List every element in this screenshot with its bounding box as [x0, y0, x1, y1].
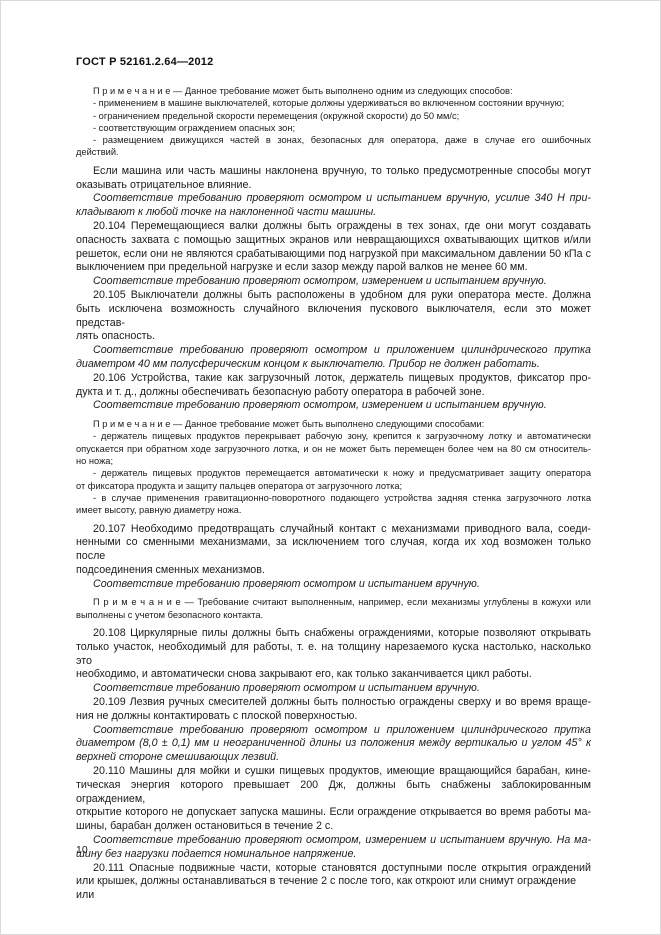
- text-line: 20.111 Опасные подвижные части, которые …: [76, 862, 591, 876]
- text-line: ненными со сменными механизмами, за искл…: [76, 536, 591, 564]
- note-intro: П р и м е ч а н и е — Данное требование …: [76, 418, 591, 430]
- clause-20-111: 20.111 Опасные подвижные части, которые …: [76, 862, 591, 903]
- text-line: 20.106 Устройства, такие как загрузочный…: [76, 372, 591, 386]
- text-line: подсоединения сменных механизмов.: [76, 564, 591, 578]
- document-body: П р и м е ч а н и е — Данное требование …: [76, 85, 591, 903]
- text-line: только участок, необходимый для работы, …: [76, 641, 591, 669]
- text-line: - размещением движущихся частей в зонах,…: [76, 134, 591, 146]
- text-line: - в случае применения гравитационно-пово…: [76, 492, 591, 504]
- text-line: 20.107 Необходимо предотвращать случайны…: [76, 523, 591, 537]
- text-line: - держатель пищевых продуктов перекрывае…: [76, 430, 591, 442]
- text-line: тическая энергия которого превышает 200 …: [76, 779, 591, 807]
- compliance-paragraph: Соответствие требованию проверяют осмотр…: [76, 399, 591, 413]
- clause-20-109: 20.109 Лезвия ручных смесителей должны б…: [76, 696, 591, 724]
- text-line: Соответствие требованию проверяют осмотр…: [76, 834, 591, 848]
- text-line: - применением в машине выключателей, кот…: [76, 97, 591, 109]
- clause-20-108: 20.108 Циркулярные пилы должны быть снаб…: [76, 627, 591, 682]
- text-line: дукта и т. д., должны обеспечивать безоп…: [76, 386, 591, 400]
- text-line: Соответствие требованию проверяют осмотр…: [76, 275, 591, 289]
- text-line: - ограничением предельной скорости перем…: [76, 110, 591, 122]
- text-line: диаметром 40 мм полусферическим концом к…: [76, 358, 591, 372]
- text-line: - держатель пищевых продуктов перемещает…: [76, 467, 591, 479]
- text-line: П р и м е ч а н и е — Данное требование …: [76, 418, 591, 430]
- text-line: Соответствие требованию проверяют осмотр…: [76, 724, 591, 738]
- text-line: Если машина или часть машины наклонена в…: [76, 165, 591, 179]
- document-standard-header: ГОСТ Р 52161.2.64—2012: [76, 56, 213, 68]
- text-line: быть исключена возможность случайного вк…: [76, 303, 591, 331]
- text-line: опускается при обратном ходе загрузочног…: [76, 443, 591, 455]
- document-page: ГОСТ Р 52161.2.64—2012 П р и м е ч а н и…: [0, 0, 661, 935]
- text-line: 20.104 Перемещающиеся валки должны быть …: [76, 220, 591, 234]
- text-line: 20.108 Циркулярные пилы должны быть снаб…: [76, 627, 591, 641]
- text-line: верхней стороне смешивающих лезвий.: [76, 751, 591, 765]
- text-line: Соответствие требованию проверяют осмотр…: [76, 344, 591, 358]
- text-line: выключением при предельной нагрузке и ес…: [76, 261, 591, 275]
- note-bullet: - соответствующим ограждением опасных зо…: [76, 122, 591, 134]
- clause-20-110: 20.110 Машины для мойки и сушки пищевых …: [76, 765, 591, 834]
- compliance-paragraph: Соответствие требованию проверяют осмотр…: [76, 578, 591, 592]
- text-line: лять опасность.: [76, 330, 591, 344]
- text-line: или крышек, должны останавливаться в теч…: [76, 875, 591, 903]
- text-line: Соответствие требованию проверяют осмотр…: [76, 399, 591, 413]
- text-line: оказывать отрицательное влияние.: [76, 179, 591, 193]
- compliance-paragraph: Соответствие требованию проверяют осмотр…: [76, 682, 591, 696]
- text-line: шины, барабан должен остановиться в тече…: [76, 820, 591, 834]
- clause-20-104: 20.104 Перемещающиеся валки должны быть …: [76, 220, 591, 275]
- text-line: открытие которого не допускает запуска м…: [76, 806, 591, 820]
- page-number: 10: [76, 844, 88, 856]
- note-bullet: - размещением движущихся частей в зонах,…: [76, 134, 591, 159]
- paragraph: Если машина или часть машины наклонена в…: [76, 165, 591, 193]
- clause-20-105: 20.105 Выключатели должны быть расположе…: [76, 289, 591, 344]
- text-line: Соответствие требованию проверяют осмотр…: [76, 192, 591, 206]
- note-bullet: - в случае применения гравитационно-пово…: [76, 492, 591, 517]
- text-line: от фиксатора продукта и защиту пальцев о…: [76, 480, 591, 492]
- text-line: кладывают к любой точке на наклоненной ч…: [76, 206, 591, 220]
- note-bullet: - применением в машине выключателей, кот…: [76, 97, 591, 109]
- note-bullet: - ограничением предельной скорости перем…: [76, 110, 591, 122]
- text-line: Соответствие требованию проверяют осмотр…: [76, 578, 591, 592]
- text-line: имеет высоту, равную диаметру ножа.: [76, 504, 591, 516]
- text-line: 20.105 Выключатели должны быть расположе…: [76, 289, 591, 303]
- compliance-paragraph: Соответствие требованию проверяют осмотр…: [76, 275, 591, 289]
- text-line: действий.: [76, 146, 591, 158]
- note-bullet: - держатель пищевых продуктов перемещает…: [76, 467, 591, 492]
- text-line: ния не должны контактировать с плоской п…: [76, 710, 591, 724]
- note: П р и м е ч а н и е — Требование считают…: [76, 596, 591, 621]
- text-line: диаметром (8,0 ± 0,1) мм и неограниченно…: [76, 737, 591, 751]
- text-line: Соответствие требованию проверяют осмотр…: [76, 682, 591, 696]
- clause-20-107: 20.107 Необходимо предотвращать случайны…: [76, 523, 591, 578]
- note-bullet: - держатель пищевых продуктов перекрывае…: [76, 430, 591, 467]
- compliance-paragraph: Соответствие требованию проверяют осмотр…: [76, 724, 591, 765]
- clause-20-106: 20.106 Устройства, такие как загрузочный…: [76, 372, 591, 400]
- text-line: 20.110 Машины для мойки и сушки пищевых …: [76, 765, 591, 779]
- note-intro: П р и м е ч а н и е — Данное требование …: [76, 85, 591, 97]
- text-line: П р и м е ч а н и е — Требование считают…: [76, 596, 591, 608]
- text-line: но ножа;: [76, 455, 591, 467]
- compliance-paragraph: Соответствие требованию проверяют осмотр…: [76, 834, 591, 862]
- text-line: необходимо, и автоматически снова закрыв…: [76, 668, 591, 682]
- text-line: 20.109 Лезвия ручных смесителей должны б…: [76, 696, 591, 710]
- text-line: П р и м е ч а н и е — Данное требование …: [76, 85, 591, 97]
- text-line: выполнены с учетом безопасного контакта.: [76, 609, 591, 621]
- compliance-paragraph: Соответствие требованию проверяют осмотр…: [76, 192, 591, 220]
- text-line: - соответствующим ограждением опасных зо…: [76, 122, 591, 134]
- text-line: шину без нагрузки подается номинальное н…: [76, 848, 591, 862]
- text-line: опасность захвата с помощью защитных экр…: [76, 234, 591, 248]
- compliance-paragraph: Соответствие требованию проверяют осмотр…: [76, 344, 591, 372]
- text-line: решеток, если они не являются срабатываю…: [76, 248, 591, 262]
